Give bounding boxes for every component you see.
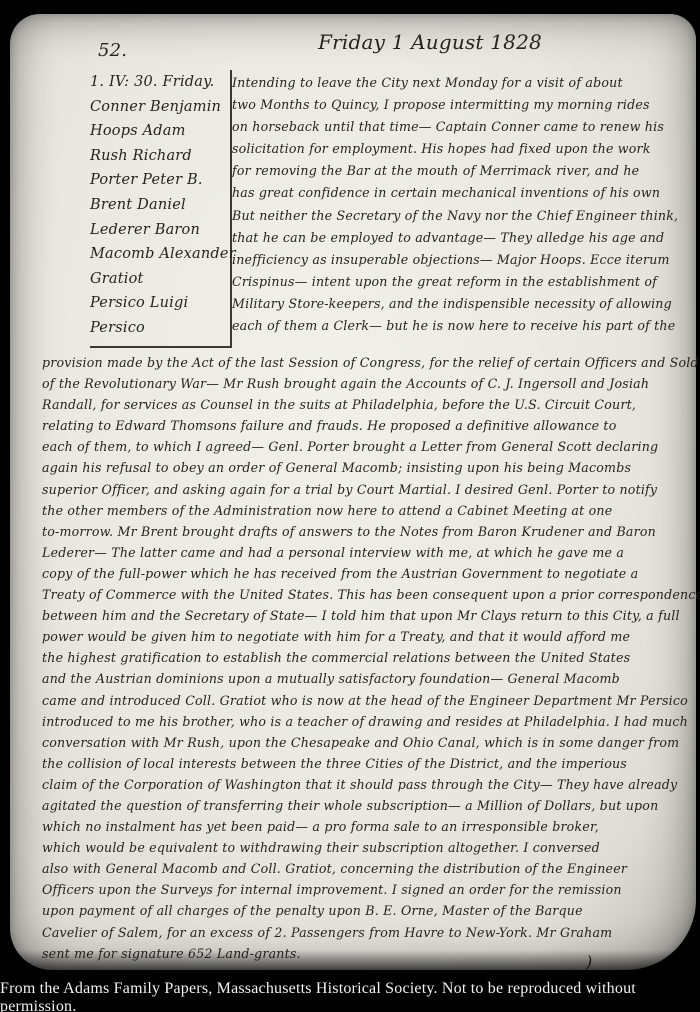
manuscript-scan: 52. Friday 1 August 1828 1. IV: 30. Frid… <box>0 0 700 1012</box>
manuscript-line: Military Store-keepers, and the indispen… <box>232 293 700 315</box>
manuscript-line: each of them a Clerk— but he is now here… <box>232 315 700 337</box>
manuscript-line: has great confidence in certain mechanic… <box>232 182 700 204</box>
manuscript-line: that he can be employed to advantage— Th… <box>232 227 700 249</box>
visitor-name: Porter Peter B. <box>90 168 224 193</box>
manuscript-line: two Months to Quincy, I propose intermit… <box>232 94 700 116</box>
visitor-name: Persico <box>90 316 224 341</box>
manuscript-line: on horseback until that time— Captain Co… <box>232 116 700 138</box>
manuscript-line: solicitation for employment. His hopes h… <box>232 138 700 160</box>
manuscript-line: provision made by the Act of the last Se… <box>42 352 700 373</box>
entry-opening-paragraph: Intending to leave the City next Monday … <box>232 72 700 350</box>
manuscript-line: copy of the full-power which he has rece… <box>42 563 700 584</box>
manuscript-line: upon payment of all charges of the penal… <box>42 900 700 921</box>
manuscript-line: Officers upon the Surveys for internal i… <box>42 879 700 900</box>
manuscript-line: Intending to leave the City next Monday … <box>232 72 700 94</box>
manuscript-line: introduced to me his brother, who is a t… <box>42 711 700 732</box>
manuscript-line: which would be equivalent to withdrawing… <box>42 837 700 858</box>
visitor-name: Conner Benjamin <box>90 95 224 120</box>
visitor-name: Macomb Alexander <box>90 242 224 267</box>
manuscript-line: Crispinus— intent upon the great reform … <box>232 271 700 293</box>
manuscript-line: relating to Edward Thomsons failure and … <box>42 415 700 436</box>
manuscript-line: But neither the Secretary of the Navy no… <box>232 205 700 227</box>
manuscript-page: 52. Friday 1 August 1828 1. IV: 30. Frid… <box>10 14 696 970</box>
margin-time-note: 1. IV: 30. Friday. <box>90 70 224 95</box>
visitor-name: Brent Daniel <box>90 193 224 218</box>
visitor-name: Persico Luigi <box>90 291 224 316</box>
manuscript-line: and the Austrian dominions upon a mutual… <box>42 668 700 689</box>
manuscript-line: also with General Macomb and Coll. Grati… <box>42 858 700 879</box>
visitor-name: Hoops Adam <box>90 119 224 144</box>
manuscript-line: inefficiency as insuperable objections— … <box>232 249 700 271</box>
manuscript-line: the collision of local interests between… <box>42 753 700 774</box>
manuscript-line: Treaty of Commerce with the United State… <box>42 584 700 605</box>
archive-caption-text: From the Adams Family Papers, Massachuse… <box>0 980 700 1012</box>
manuscript-line: Lederer— The latter came and had a perso… <box>42 542 700 563</box>
manuscript-line: each of them, to which I agreed— Genl. P… <box>42 436 700 457</box>
manuscript-line: which no instalment has yet been paid— a… <box>42 816 700 837</box>
manuscript-line: Cavelier of Salem, for an excess of 2. P… <box>42 922 700 943</box>
page-number: 52. <box>98 40 127 61</box>
manuscript-line: of the Revolutionary War— Mr Rush brough… <box>42 373 700 394</box>
manuscript-line: claim of the Corporation of Washington t… <box>42 774 700 795</box>
manuscript-line: to-morrow. Mr Brent brought drafts of an… <box>42 521 700 542</box>
manuscript-line: for removing the Bar at the mouth of Mer… <box>232 160 700 182</box>
closing-bracket-mark: ) <box>586 952 592 971</box>
manuscript-line: again his refusal to obey an order of Ge… <box>42 457 700 478</box>
archive-caption-bar: From the Adams Family Papers, Massachuse… <box>0 984 700 1012</box>
manuscript-line: came and introduced Coll. Gratiot who is… <box>42 690 700 711</box>
margin-name-list: 1. IV: 30. Friday. Conner BenjaminHoops … <box>90 70 232 348</box>
visitor-name: Gratiot <box>90 267 224 292</box>
manuscript-line: Randall, for services as Counsel in the … <box>42 394 700 415</box>
visitor-names: Conner BenjaminHoops AdamRush RichardPor… <box>90 95 224 341</box>
manuscript-line: superior Officer, and asking again for a… <box>42 479 700 500</box>
visitor-name: Rush Richard <box>90 144 224 169</box>
manuscript-line: sent me for signature 652 Land-grants. <box>42 943 700 964</box>
manuscript-line: the highest gratification to establish t… <box>42 647 700 668</box>
manuscript-line: power would be given him to negotiate wi… <box>42 626 700 647</box>
manuscript-line: conversation with Mr Rush, upon the Ches… <box>42 732 700 753</box>
date-heading: Friday 1 August 1828 <box>290 30 570 54</box>
entry-body-paragraph: provision made by the Act of the last Se… <box>42 352 700 968</box>
visitor-name: Lederer Baron <box>90 218 224 243</box>
manuscript-line: the other members of the Administration … <box>42 500 700 521</box>
manuscript-line: between him and the Secretary of State— … <box>42 605 700 626</box>
manuscript-line: agitated the question of transferring th… <box>42 795 700 816</box>
